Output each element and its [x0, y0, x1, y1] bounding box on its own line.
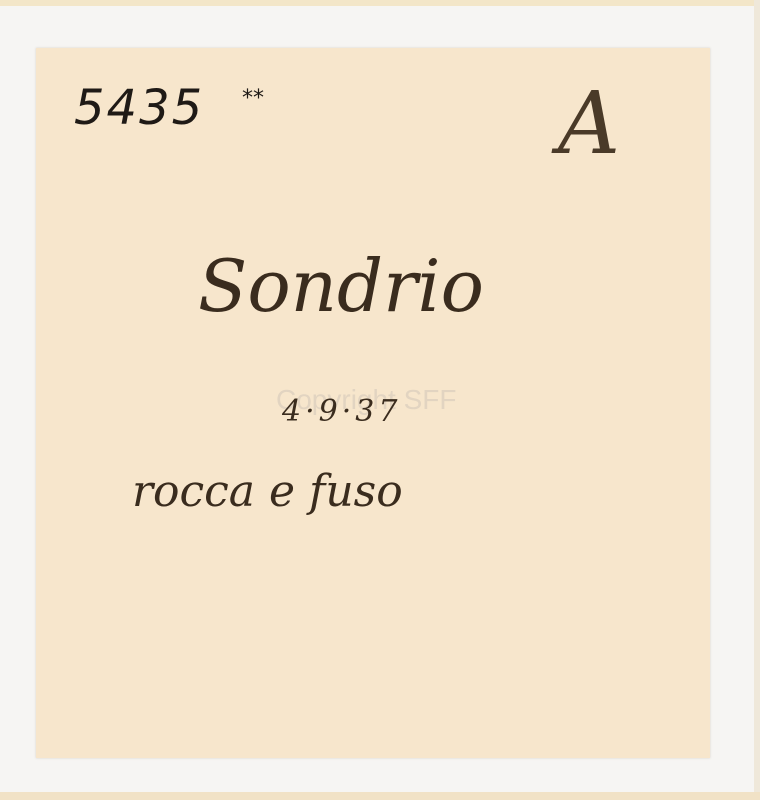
scan-edge-top [0, 0, 760, 6]
place-name: Sondrio [198, 244, 484, 328]
scan-edge-bottom [0, 792, 760, 800]
archival-card: 5435 ** A Sondrio Copyright SFF 4·9·37 r… [36, 48, 710, 758]
description: rocca e fuso [132, 466, 403, 517]
catalog-marks: ** [242, 86, 264, 111]
scan-edge-right [754, 0, 760, 800]
catalog-number: 5435 [74, 80, 204, 136]
letter-mark: A [558, 74, 620, 174]
date: 4·9·37 [282, 394, 401, 429]
